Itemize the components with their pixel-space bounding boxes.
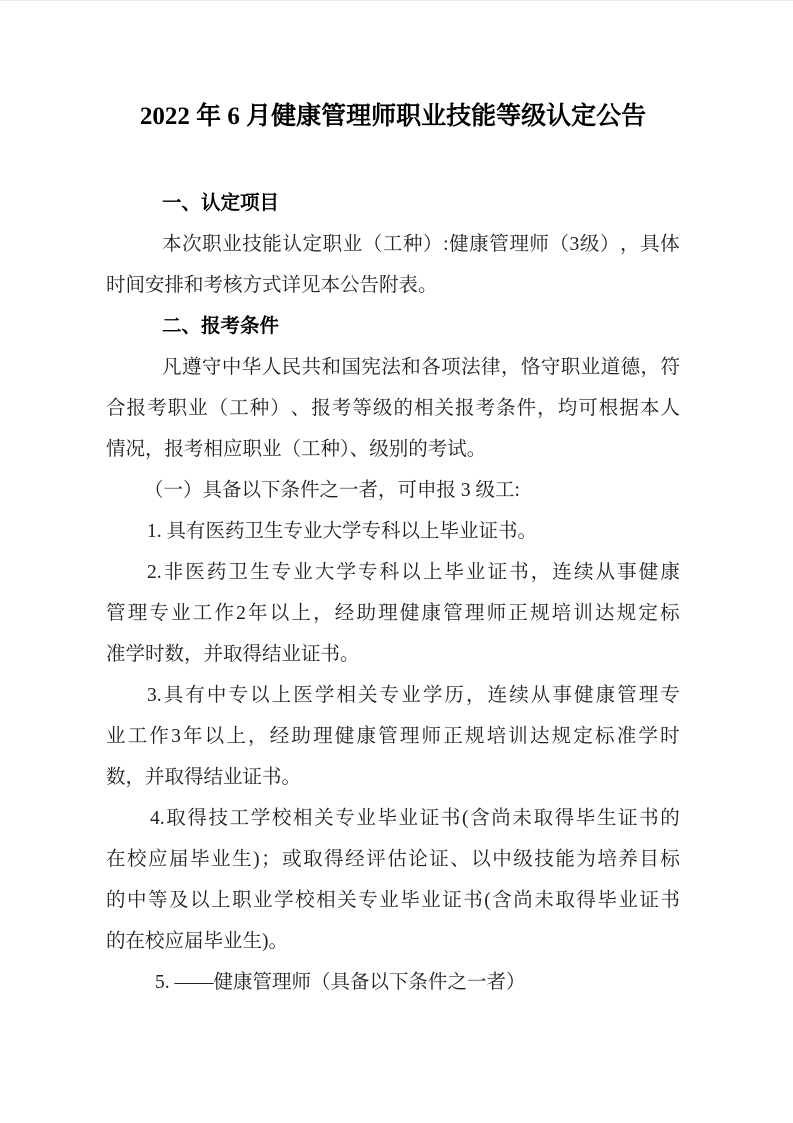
list-item-4-line-4: 的在校应届毕业生)。 xyxy=(106,921,680,962)
list-item-4-line-1: 4.取得技工学校相关专业毕业证书(含尚未取得毕生证书的 xyxy=(106,798,680,839)
list-item-2-line-1: 2.非医药卫生专业大学专科以上毕业证书，连续从事健康 xyxy=(106,552,680,593)
list-item-5: 5. ——健康管理师（具备以下条件之一者） xyxy=(106,962,680,1003)
para-conditions-line-1: 凡遵守中华人民共和国宪法和各项法律，恪守职业道德，符 xyxy=(106,347,680,388)
para-conditions-line-3: 情况，报考相应职业（工种）、级别的考试。 xyxy=(106,429,680,470)
list-item-3-line-3: 数，并取得结业证书。 xyxy=(106,757,680,798)
document-title: 2022 年 6 月健康管理师职业技能等级认定公告 xyxy=(106,91,680,134)
list-item-4-line-3: 的中等及以上职业学校相关专业毕业证书(含尚未取得毕业证书 xyxy=(106,880,680,921)
para-project-line-2: 时间安排和考核方式详见本公告附表。 xyxy=(106,265,680,306)
subheading-part-1: （一）具备以下条件之一者，可申报 3 级工: xyxy=(106,470,680,511)
heading-section-2: 二、报考条件 xyxy=(106,306,680,347)
para-conditions-line-2: 合报考职业（工种）、报考等级的相关报考条件，均可根据本人 xyxy=(106,388,680,429)
list-item-2-line-2: 管理专业工作2年以上，经助理健康管理师正规培训达规定标 xyxy=(106,593,680,634)
document-page: 2022 年 6 月健康管理师职业技能等级认定公告 一、认定项目 本次职业技能认… xyxy=(0,0,793,1123)
list-item-4-line-2: 在校应届毕业生)；或取得经评估论证、以中级技能为培养目标 xyxy=(106,839,680,880)
list-item-3-line-1: 3.具有中专以上医学相关专业学历，连续从事健康管理专 xyxy=(106,675,680,716)
document-body: 2022 年 6 月健康管理师职业技能等级认定公告 一、认定项目 本次职业技能认… xyxy=(106,91,680,1003)
para-project-line-1: 本次职业技能认定职业（工种）:健康管理师（3级），具体 xyxy=(106,224,680,265)
list-item-2-line-3: 准学时数，并取得结业证书。 xyxy=(106,634,680,675)
list-item-1: 1. 具有医药卫生专业大学专科以上毕业证书。 xyxy=(106,511,680,552)
heading-section-1: 一、认定项目 xyxy=(106,183,680,224)
list-item-3-line-2: 业工作3年以上，经助理健康管理师正规培训达规定标准学时 xyxy=(106,716,680,757)
